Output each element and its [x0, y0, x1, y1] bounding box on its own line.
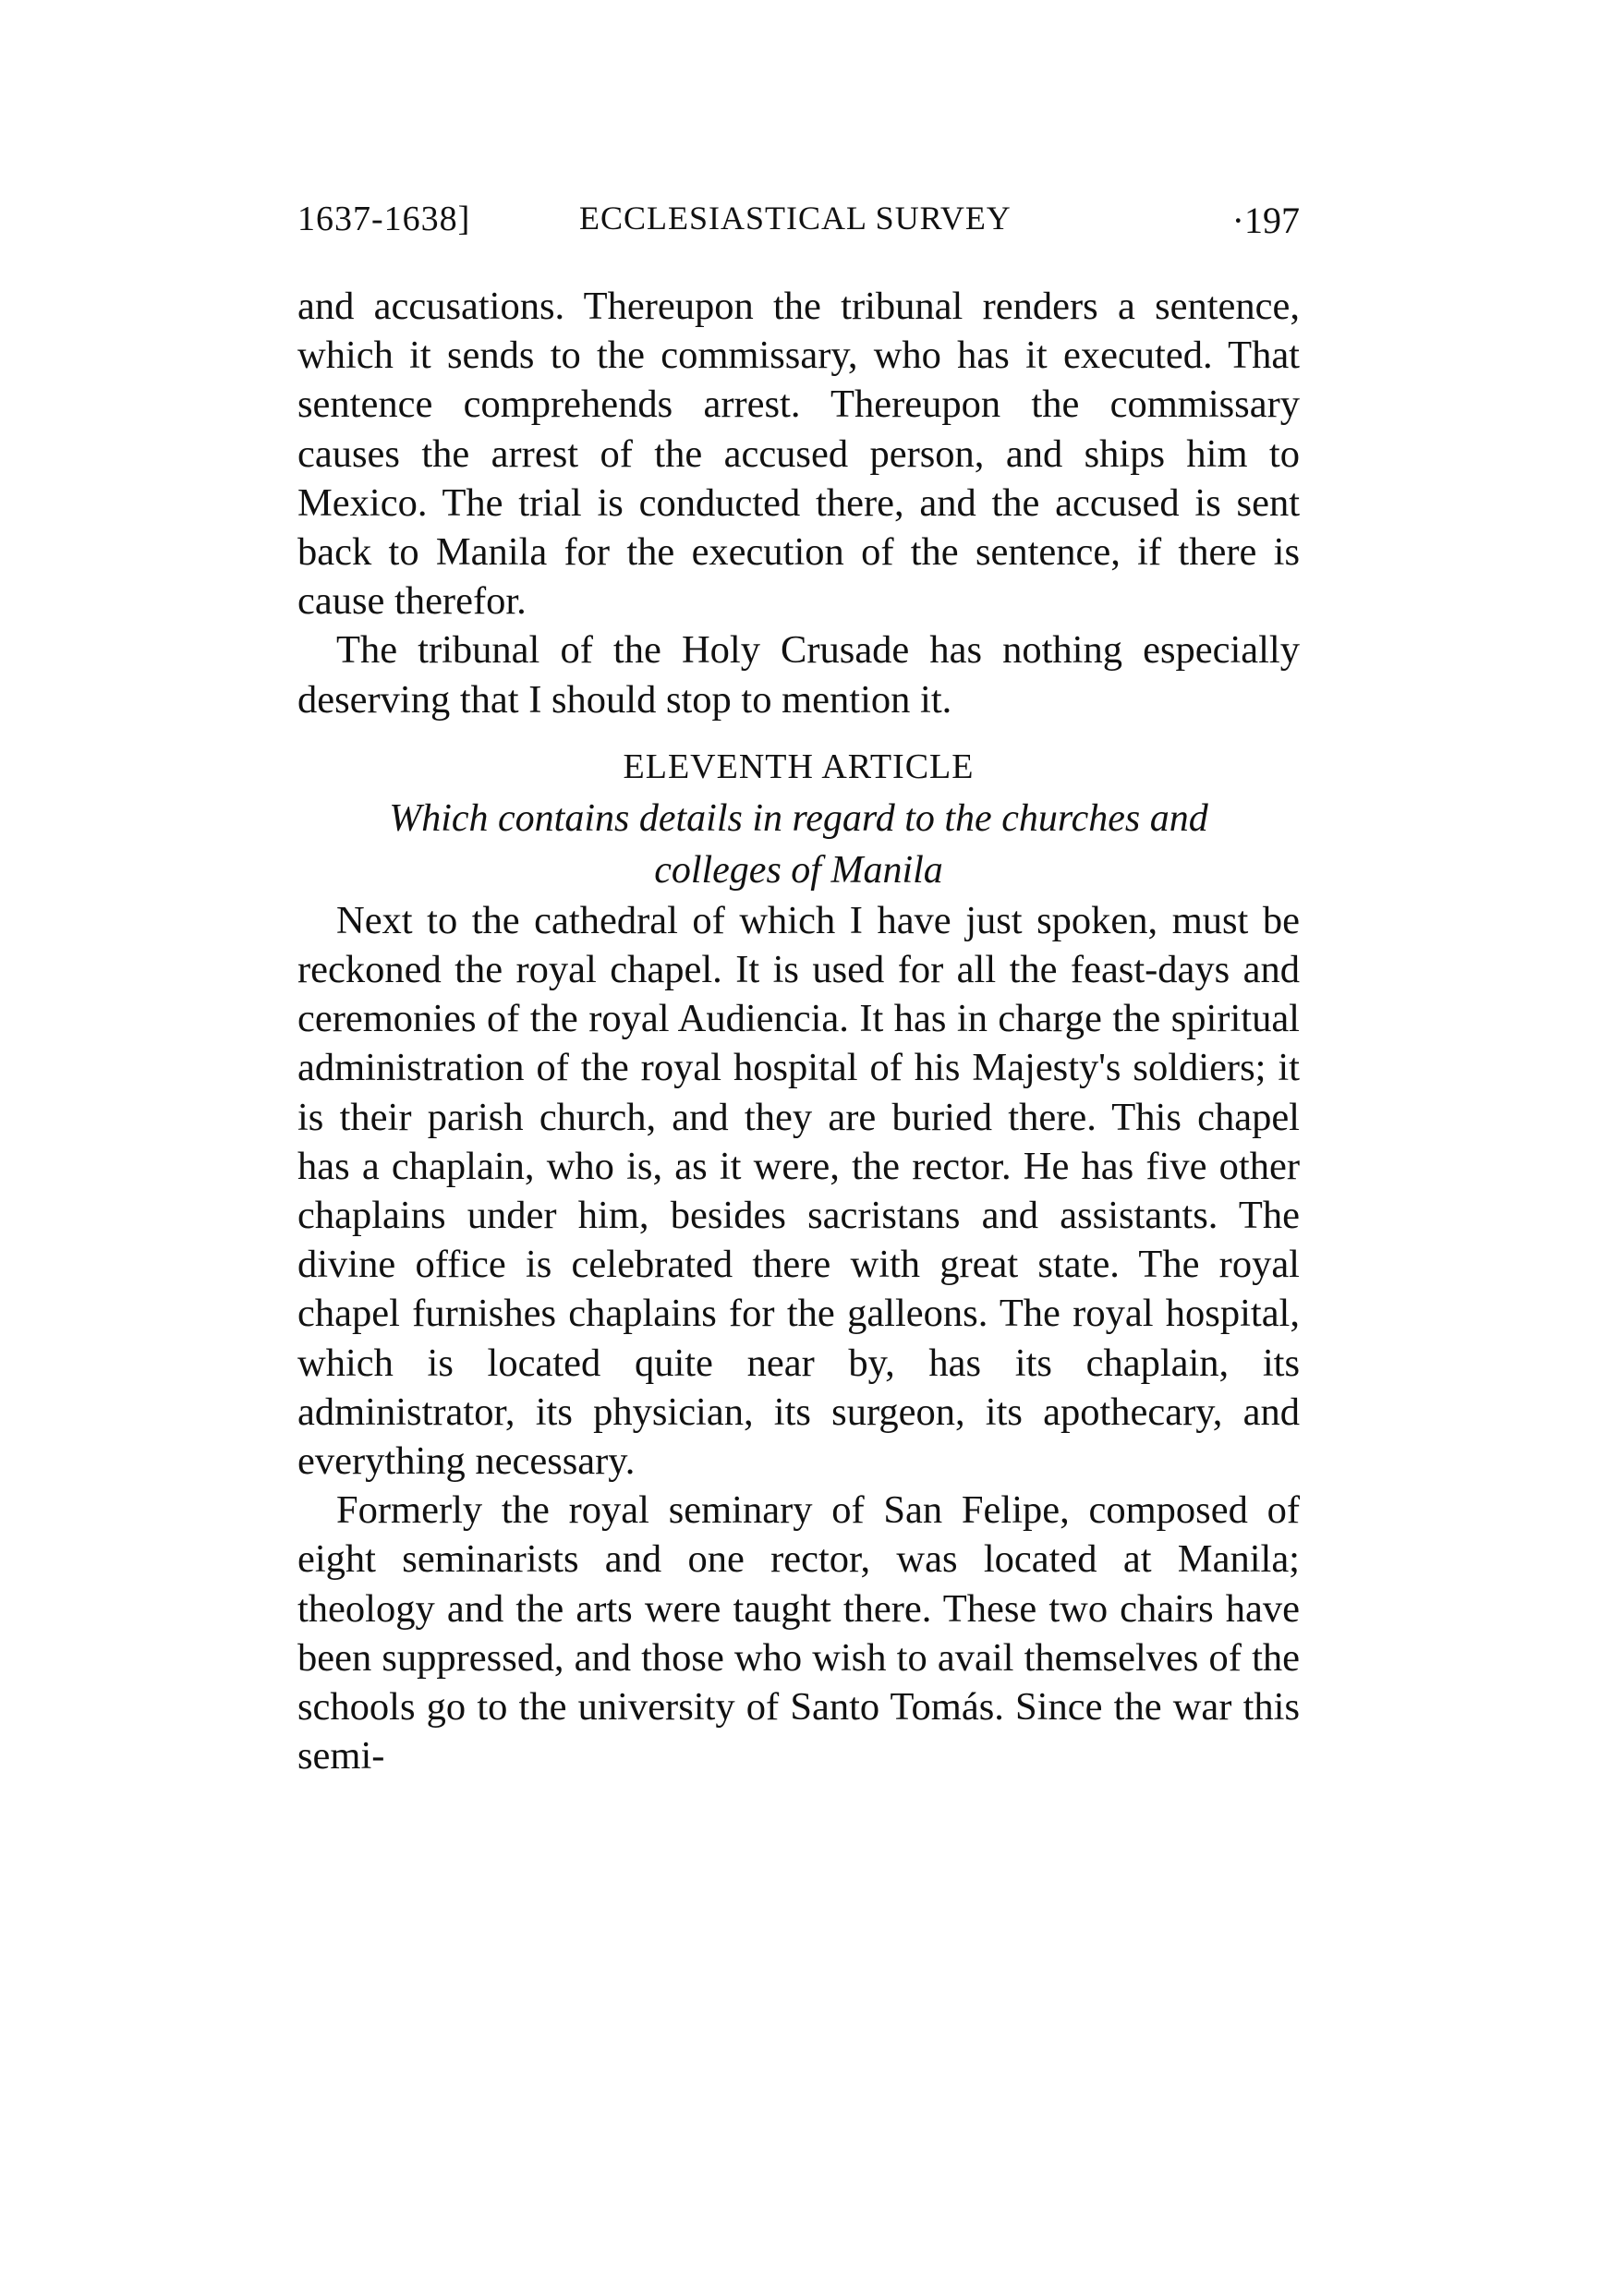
- paragraph: and accusations. Thereupon the tribunal …: [297, 282, 1300, 625]
- article-subtitle-line-1: Which contains details in regard to the …: [389, 797, 1208, 840]
- running-head-title: ECCLESIASTICAL SURVEY: [579, 199, 1012, 237]
- paragraph: Next to the cathedral of which I have ju…: [297, 896, 1300, 1486]
- page-number: ·197: [1232, 199, 1300, 242]
- running-head-years: 1637-1638]: [297, 199, 470, 239]
- article-heading: ELEVENTH ARTICLE: [297, 741, 1300, 793]
- article-subtitle-line-2: colleges of Manila: [654, 849, 943, 892]
- paragraph: The tribunal of the Holy Crusade has not…: [297, 625, 1300, 723]
- body-text: and accusations. Thereupon the tribunal …: [297, 282, 1300, 1780]
- paragraph: Formerly the royal seminary of San Felip…: [297, 1486, 1300, 1780]
- running-head: 1637-1638] ECCLESIASTICAL SURVEY ·197: [297, 199, 1300, 241]
- article-subtitle: Which contains details in regard to the …: [297, 793, 1300, 896]
